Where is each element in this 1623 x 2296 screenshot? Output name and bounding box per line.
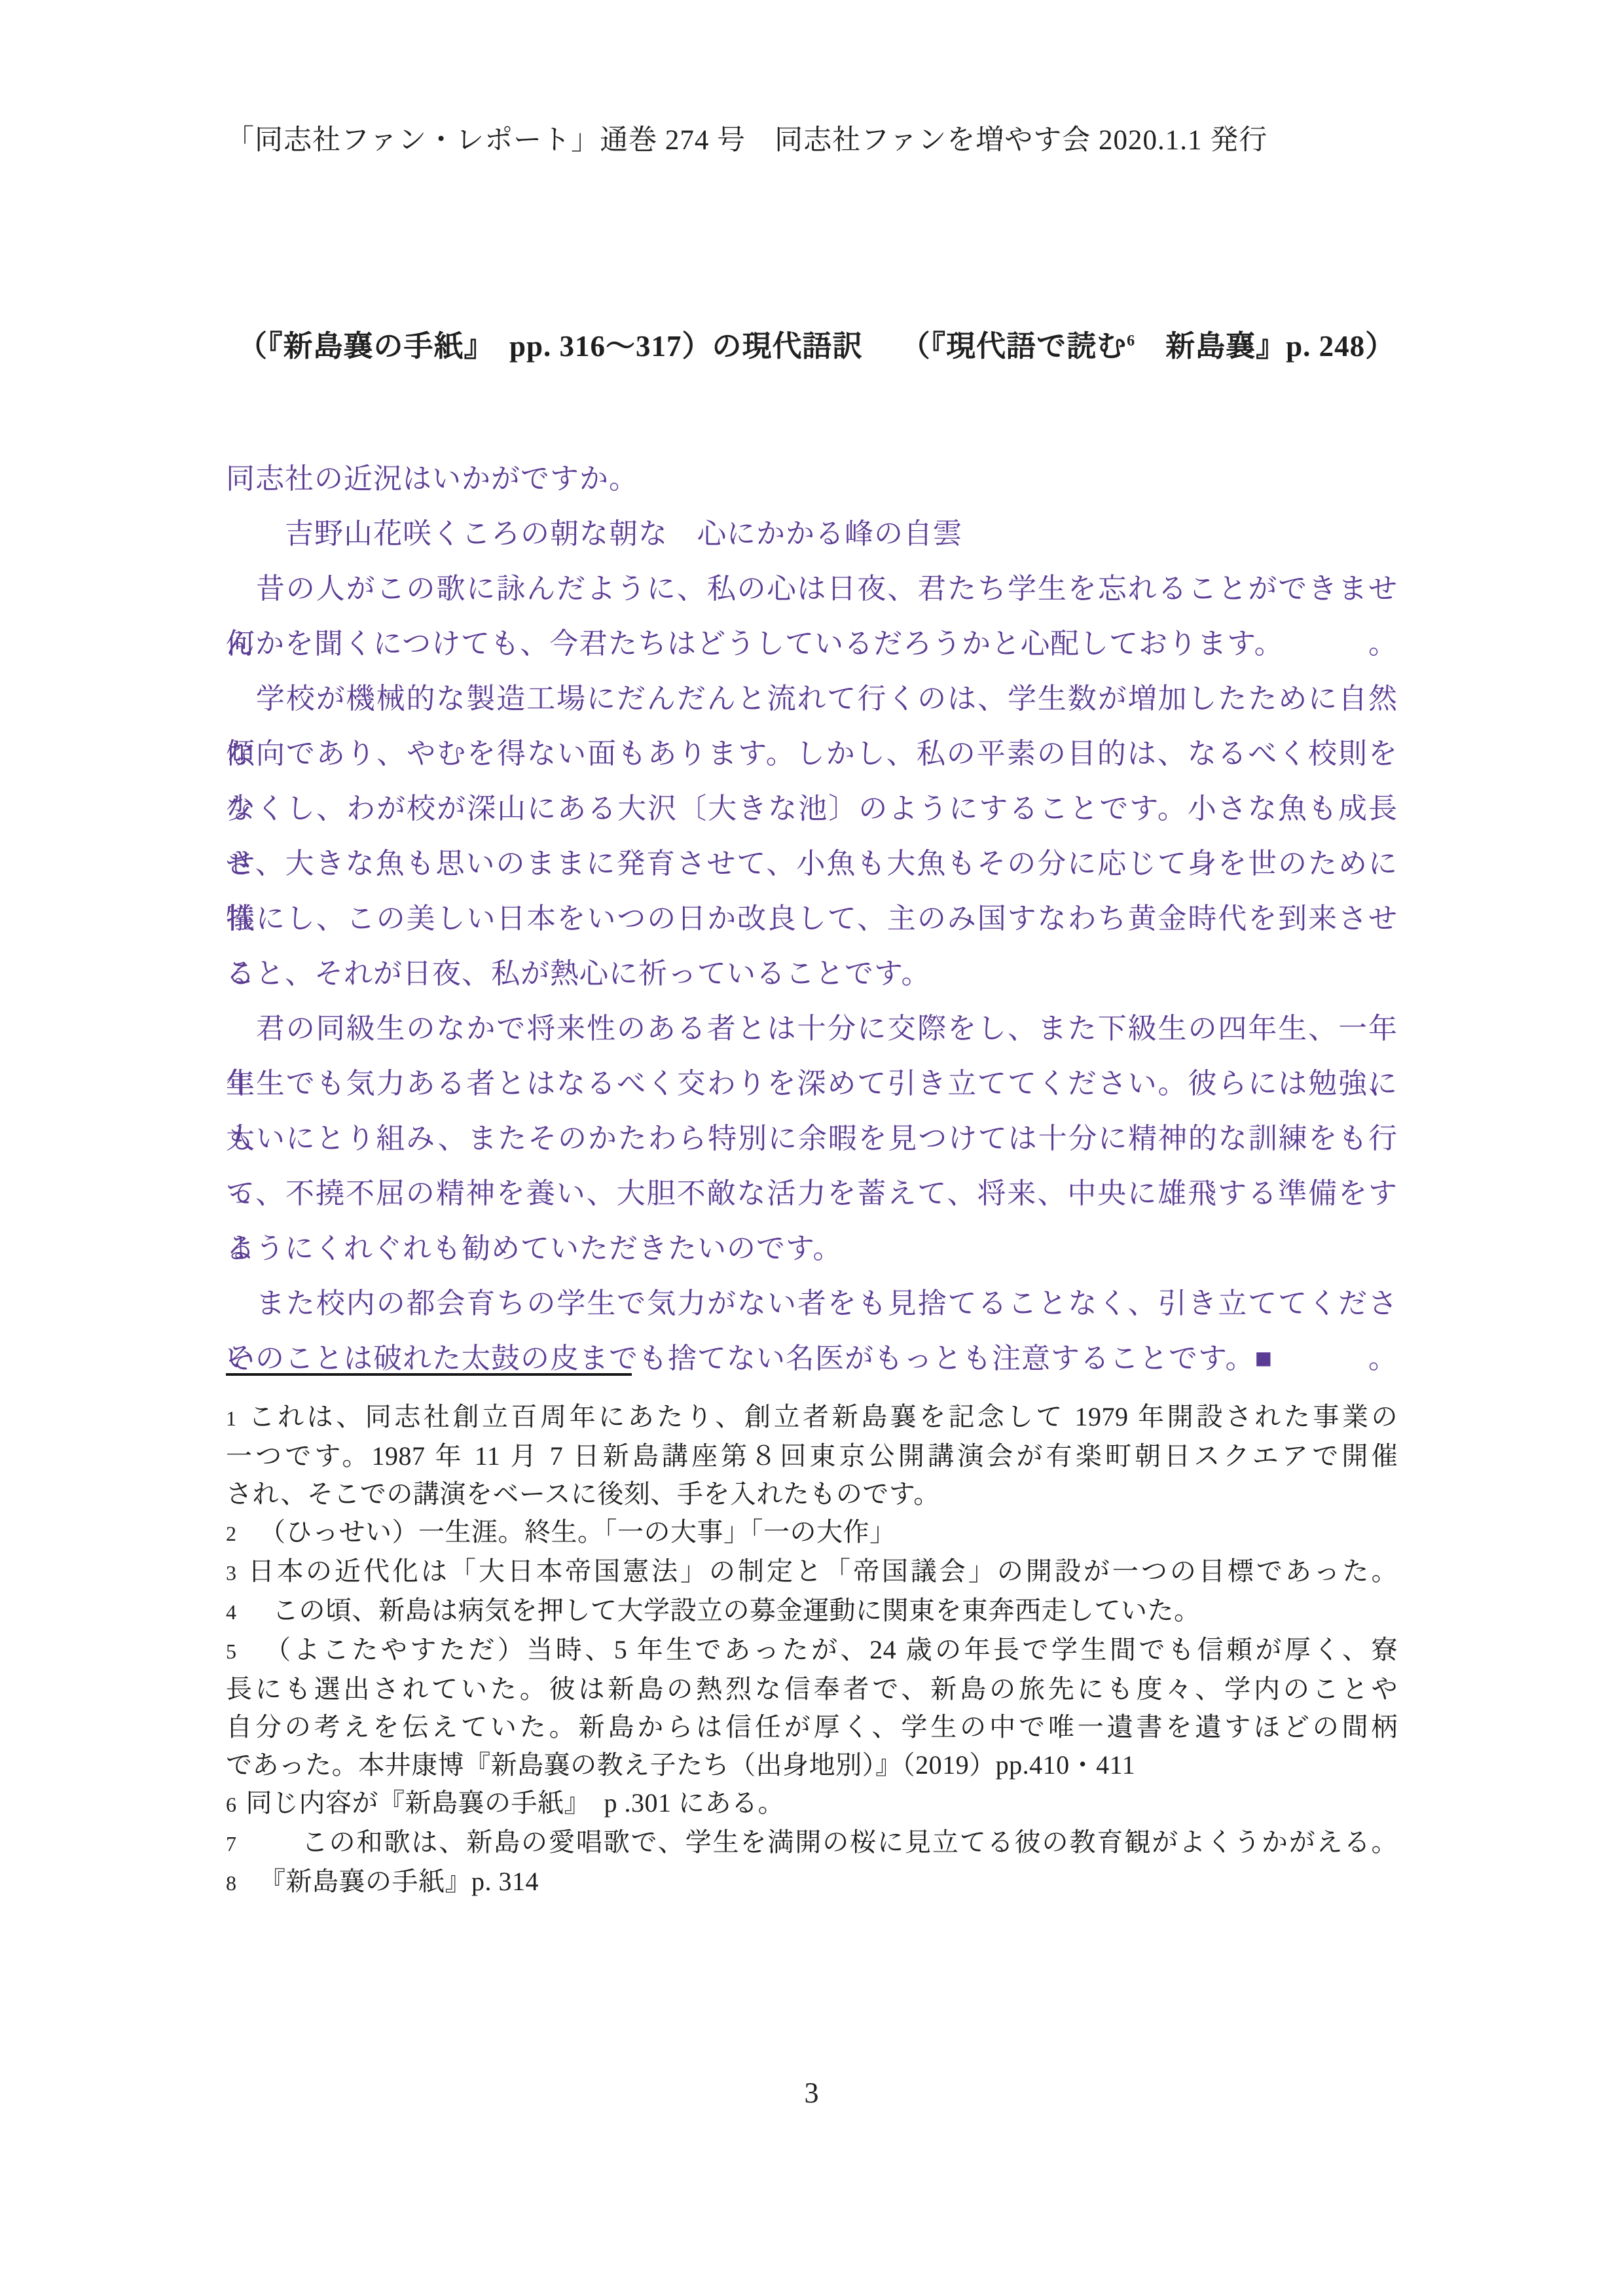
title-source-right: （『現代語で読む (901, 330, 1127, 363)
end-of-article-mark: ■ (1254, 1342, 1273, 1374)
body-line: 大いにとり組み、またそのかたわら特別に余暇を見つけては十分に精神的な訓練をも行っ (226, 1111, 1398, 1166)
footnote-line: 長にも選出されていた。彼は新島の熱烈な信奉者で、新島の旅先にも度々、学内のことや (226, 1670, 1398, 1708)
body-line: 学校が機械的な製造工場にだんだんと流れて行くのは、学生数が増加したために自然な (226, 672, 1398, 726)
body-line: せ、大きな魚も思いのままに発育させて、小魚も大魚もその分に応じて身を世のために犠 (226, 836, 1398, 891)
footnote-number: 5 (226, 1640, 237, 1663)
body-line: こと、それが日夜、私が熱心に祈っていることです。 (226, 946, 1398, 1001)
footnote-line: 3日本の近代化は「大日本帝国憲法」の制定と「帝国議会」の開設が一つの目標であった… (226, 1552, 1398, 1592)
footnote-line: 5 （よこたやすただ）当時、5 年生であったが、24 歳の年長で学生間でも信頼が… (226, 1631, 1398, 1670)
footnote-line: 1これは、同志社創立百周年にあたり、創立者新島襄を記念して 1979 年開設され… (226, 1398, 1398, 1437)
footnote-line: であった。本井康博『新島襄の教え子たち（出身地別）』（2019）pp.410・4… (226, 1746, 1398, 1784)
footnote-number: 1 (226, 1407, 237, 1430)
footnote-line: され、そこでの講演をベースに後刻、手を入れたものです。 (226, 1475, 1398, 1513)
body-line: 昔の人がこの歌に詠んだように、私の心は日夜、君たち学生を忘れることができません。 (226, 562, 1398, 617)
body-line: 年生でも気力ある者とはなるべく交わりを深めて引き立ててください。彼らには勉強にも (226, 1056, 1398, 1111)
body-line: 傾向であり、やむを得ない面もあります。しかし、私の平素の目的は、なるべく校則を少 (226, 726, 1398, 781)
document-page: { "colors": { "body_text": "#5b3c94", "i… (0, 0, 1623, 2296)
footnote-line: 8 『新島襄の手紙』p. 314 (226, 1863, 1398, 1902)
footnote-number: 4 (226, 1600, 237, 1624)
body-line: 君の同級生のなかで将来性のある者とは十分に交際をし、また下級生の四年生、一年生、 (226, 1001, 1398, 1056)
letter-translation-body: 同志社の近況はいかがですか。 吉野山花咲くころの朝な朝な 心にかかる峰の自雲 昔… (226, 452, 1398, 1386)
footnote-marker: 6 (1127, 332, 1135, 350)
body-line: 何かを聞くにつけても、今君たちはどうしているだろうかと心配しております。 (226, 617, 1398, 672)
title-source-right-end: 新島襄』p. 248） (1135, 330, 1395, 363)
footnote-line: 2 （ひっせい）一生涯。終生。「一の大事」「一の大作」 (226, 1513, 1398, 1552)
body-line: また校内の都会育ちの学生で気力がない者をも見捨てることなく、引き立ててください。 (226, 1276, 1398, 1331)
title-source-left: （『新島襄の手紙』 pp. 316～317）の現代語訳 (238, 330, 863, 363)
footnote-number: 6 (226, 1793, 237, 1816)
body-line: て、不撓不屈の精神を養い、大胆不敵な活力を蓄えて、将来、中央に雄飛する準備をする (226, 1166, 1398, 1221)
body-line: 同志社の近況はいかがですか。 (226, 452, 1398, 507)
footnote-number: 8 (226, 1871, 237, 1895)
page-number: 3 (0, 2076, 1623, 2109)
article-title: （『新島襄の手紙』 pp. 316～317）の現代語訳（『現代語で読む6 新島襄… (238, 322, 1395, 365)
body-line-last: そのことは破れた太鼓の皮までも捨てない名医がもっとも注意することです。■ (226, 1331, 1398, 1386)
footnote-line: 自分の考えを伝えていた。新島からは信任が厚く、学生の中で唯一遺書を遺すほどの間柄 (226, 1708, 1398, 1746)
footnote-number: 7 (226, 1832, 237, 1856)
page-header: 「同志社ファン・レポート」通巻 274 号 同志社ファンを増やす会 2020.1… (226, 118, 1267, 158)
footnote-number: 2 (226, 1522, 237, 1545)
footnote-line: 7 この和歌は、新島の愛唱歌で、学生を満開の桜に見立てる彼の教育観がよくうかがえ… (226, 1823, 1398, 1863)
footnote-line: 4 この頃、新島は病気を押して大学設立の募金運動に関東を東奔西走していた。 (226, 1592, 1398, 1631)
footnote-line: 6同じ内容が『新島襄の手紙』 p .301 にある。 (226, 1784, 1398, 1823)
footnote-number: 3 (226, 1561, 237, 1585)
footnote-separator (226, 1373, 632, 1376)
poem-line: 吉野山花咲くころの朝な朝な 心にかかる峰の自雲 (226, 507, 1398, 562)
body-line: なくし、わが校が深山にある大沢〔大きな池〕のようにすることです。小さな魚も成長さ (226, 781, 1398, 836)
body-line: ようにくれぐれも勧めていただきたいのです。 (226, 1221, 1398, 1276)
footnote-line: 一つです。1987 年 11 月 7 日新島講座第８回東京公開講演会が有楽町朝日… (226, 1437, 1398, 1475)
body-line: 牲にし、この美しい日本をいつの日か改良して、主のみ国すなわち黄金時代を到来させる (226, 891, 1398, 946)
footnotes: 1これは、同志社創立百周年にあたり、創立者新島襄を記念して 1979 年開設され… (226, 1398, 1398, 1902)
